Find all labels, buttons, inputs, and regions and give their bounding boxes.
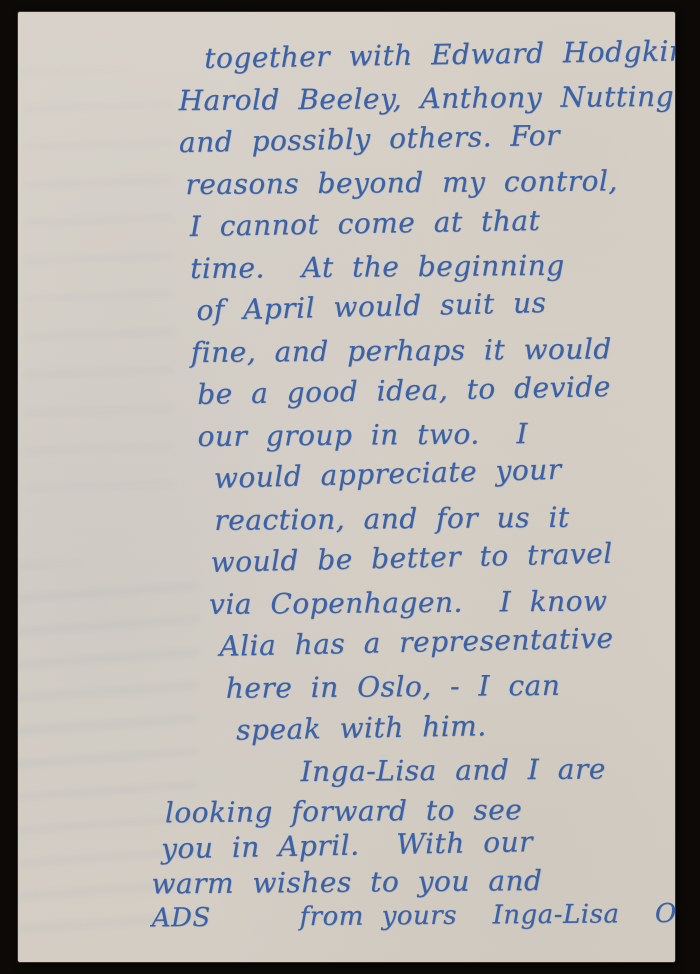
letter-line: together with Edward Hodgkin <box>204 31 673 80</box>
letter-body: together with Edward HodgkinHarold Beele… <box>172 34 675 935</box>
ink-bleed-through <box>24 69 174 497</box>
letter-paper: together with Edward HodgkinHarold Beele… <box>18 12 675 962</box>
letter-line: Inga-Lisa and I are <box>300 748 675 793</box>
letter-line: be a good idea, to devide <box>197 365 675 416</box>
letter-line: speak with him. <box>236 702 675 752</box>
letter-line: and possibly others. For <box>179 113 674 164</box>
scanned-letter-page: together with Edward HodgkinHarold Beele… <box>0 0 700 974</box>
letter-line: I cannot come at that <box>189 198 674 248</box>
letter-line: warm wishes to you and <box>151 863 675 902</box>
letter-line: ADS from yours Inga-Lisa Odd <box>152 897 675 936</box>
letter-line: Alia has a representative <box>219 616 675 668</box>
